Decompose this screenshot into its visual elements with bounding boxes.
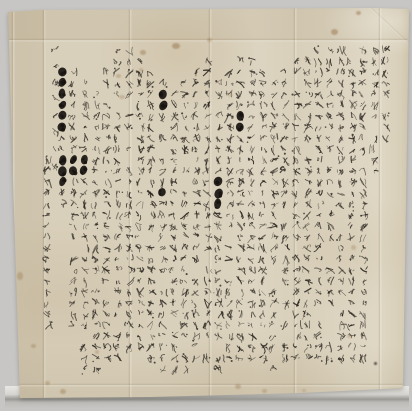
manuscript-paper: [0, 0, 412, 411]
photograph-of-manuscript: [0, 0, 412, 411]
handwriting-ink-layer: [0, 0, 412, 411]
paper-shadow-wrap: [0, 0, 412, 411]
